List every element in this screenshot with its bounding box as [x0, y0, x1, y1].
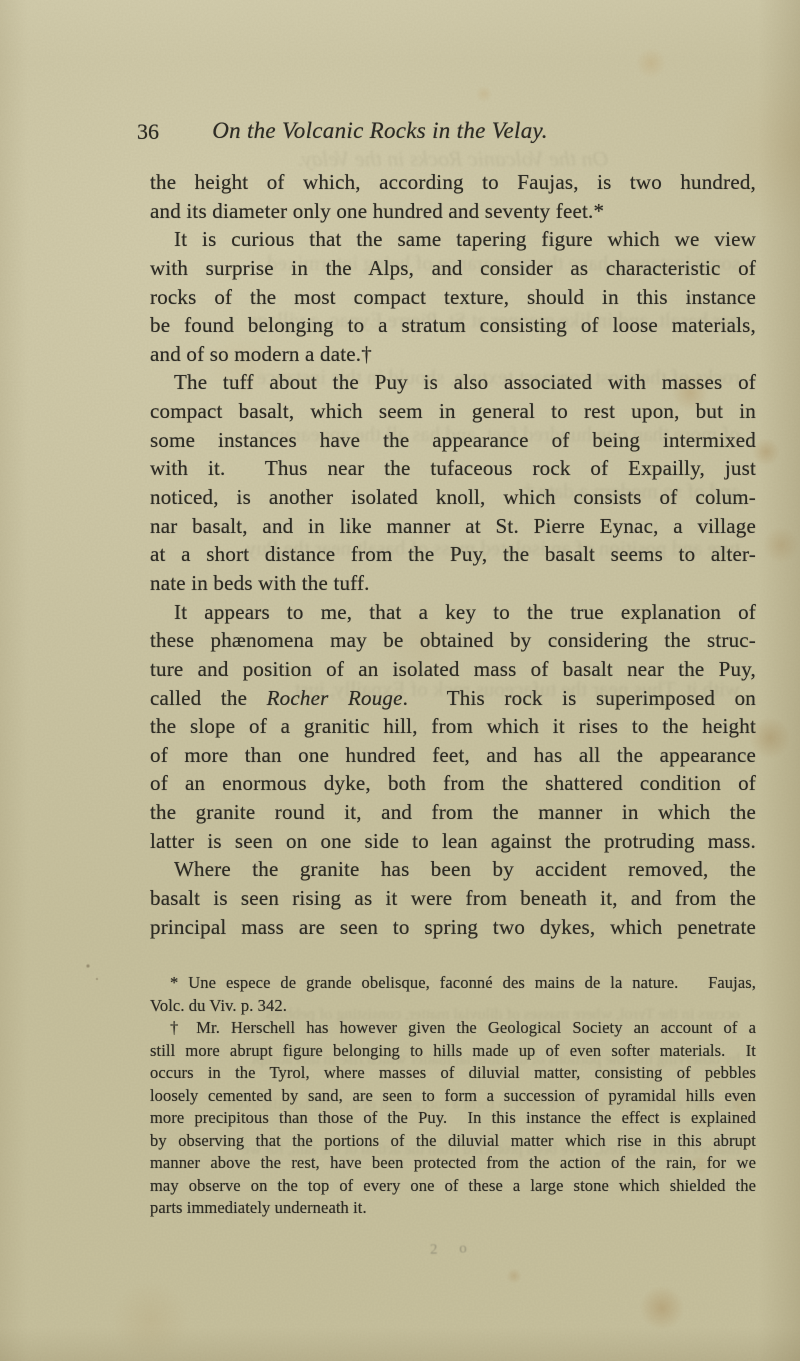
text-line: manner above the rest, have been protect… [150, 1152, 756, 1175]
footnotes: * Une espece de grande obelisque, faconn… [150, 972, 756, 1220]
text-line: Where the granite has been by accident r… [150, 855, 756, 884]
text-line: by observing that the portions of the di… [150, 1130, 756, 1153]
text-line: parts immediately underneath it. [150, 1197, 756, 1220]
text-line: It appears to me, that a key to the true… [150, 598, 756, 627]
text-line: the granite round it, and from the manne… [150, 798, 756, 827]
text-line: The tuff about the Puy is also associate… [150, 368, 756, 397]
text-line: of an enormous dyke, both from the shatt… [150, 769, 756, 798]
text-line: principal mass are seen to spring two dy… [150, 913, 756, 942]
text-line: nate in beds with the tuff. [150, 569, 756, 598]
text-line: compact basalt, which seem in general to… [150, 397, 756, 426]
text-line: with surprise in the Alps, and consider … [150, 254, 756, 283]
text-line: called the Rocher Rouge. This rock is su… [150, 684, 756, 713]
text-line: some instances have the appearance of be… [150, 426, 756, 455]
running-header-title: On the Volcanic Rocks in the Velay. [150, 117, 610, 145]
text-line: occurs in the Tyrol, where masses of dil… [150, 1062, 756, 1085]
text-line: at a short distance from the Puy, the ba… [150, 540, 756, 569]
text-line: the height of which, according to Faujas… [150, 168, 756, 197]
text-line: the slope of a granitic hill, from which… [150, 712, 756, 741]
text-line: † Mr. Herschell has however given the Ge… [150, 1017, 756, 1040]
text-line: basalt is seen rising as it were from be… [150, 884, 756, 913]
text-line: and of so modern a date.† [150, 340, 756, 369]
text-line: noticed, is another isolated knoll, whic… [150, 483, 756, 512]
text-line: * Une espece de grande obelisque, faconn… [150, 972, 756, 995]
text-line: be found belonging to a stratum consisti… [150, 311, 756, 340]
ghost-mark: 2 o [430, 1240, 476, 1259]
text-line: with it. Thus near the tufaceous rock of… [150, 454, 756, 483]
text-line: ture and position of an isolated mass of… [150, 655, 756, 684]
text-line: may observe on the top of every one of t… [150, 1175, 756, 1198]
text-line: rocks of the most compact texture, shoul… [150, 283, 756, 312]
text-line: It is curious that the same tapering fig… [150, 225, 756, 254]
text-line: more precipitous than those of the Puy. … [150, 1107, 756, 1130]
text-line: latter is seen on one side to lean again… [150, 827, 756, 856]
text-line: these phænomena may be obtained by consi… [150, 626, 756, 655]
text-line: nar basalt, and in like manner at St. Pi… [150, 512, 756, 541]
body-text: the height of which, according to Faujas… [150, 168, 756, 941]
text-line: loosely cemented by sand, are seen to fo… [150, 1085, 756, 1108]
text-line: still more abrupt figure belonging to hi… [150, 1040, 756, 1063]
scanned-book-page: On the Volcanic Rocks in the Velay. some… [0, 0, 800, 1361]
text-line: Volc. du Viv. p. 342. [150, 995, 756, 1018]
text-line: of more than one hundred feet, and has a… [150, 741, 756, 770]
text-line: and its diameter only one hundred and se… [150, 197, 756, 226]
